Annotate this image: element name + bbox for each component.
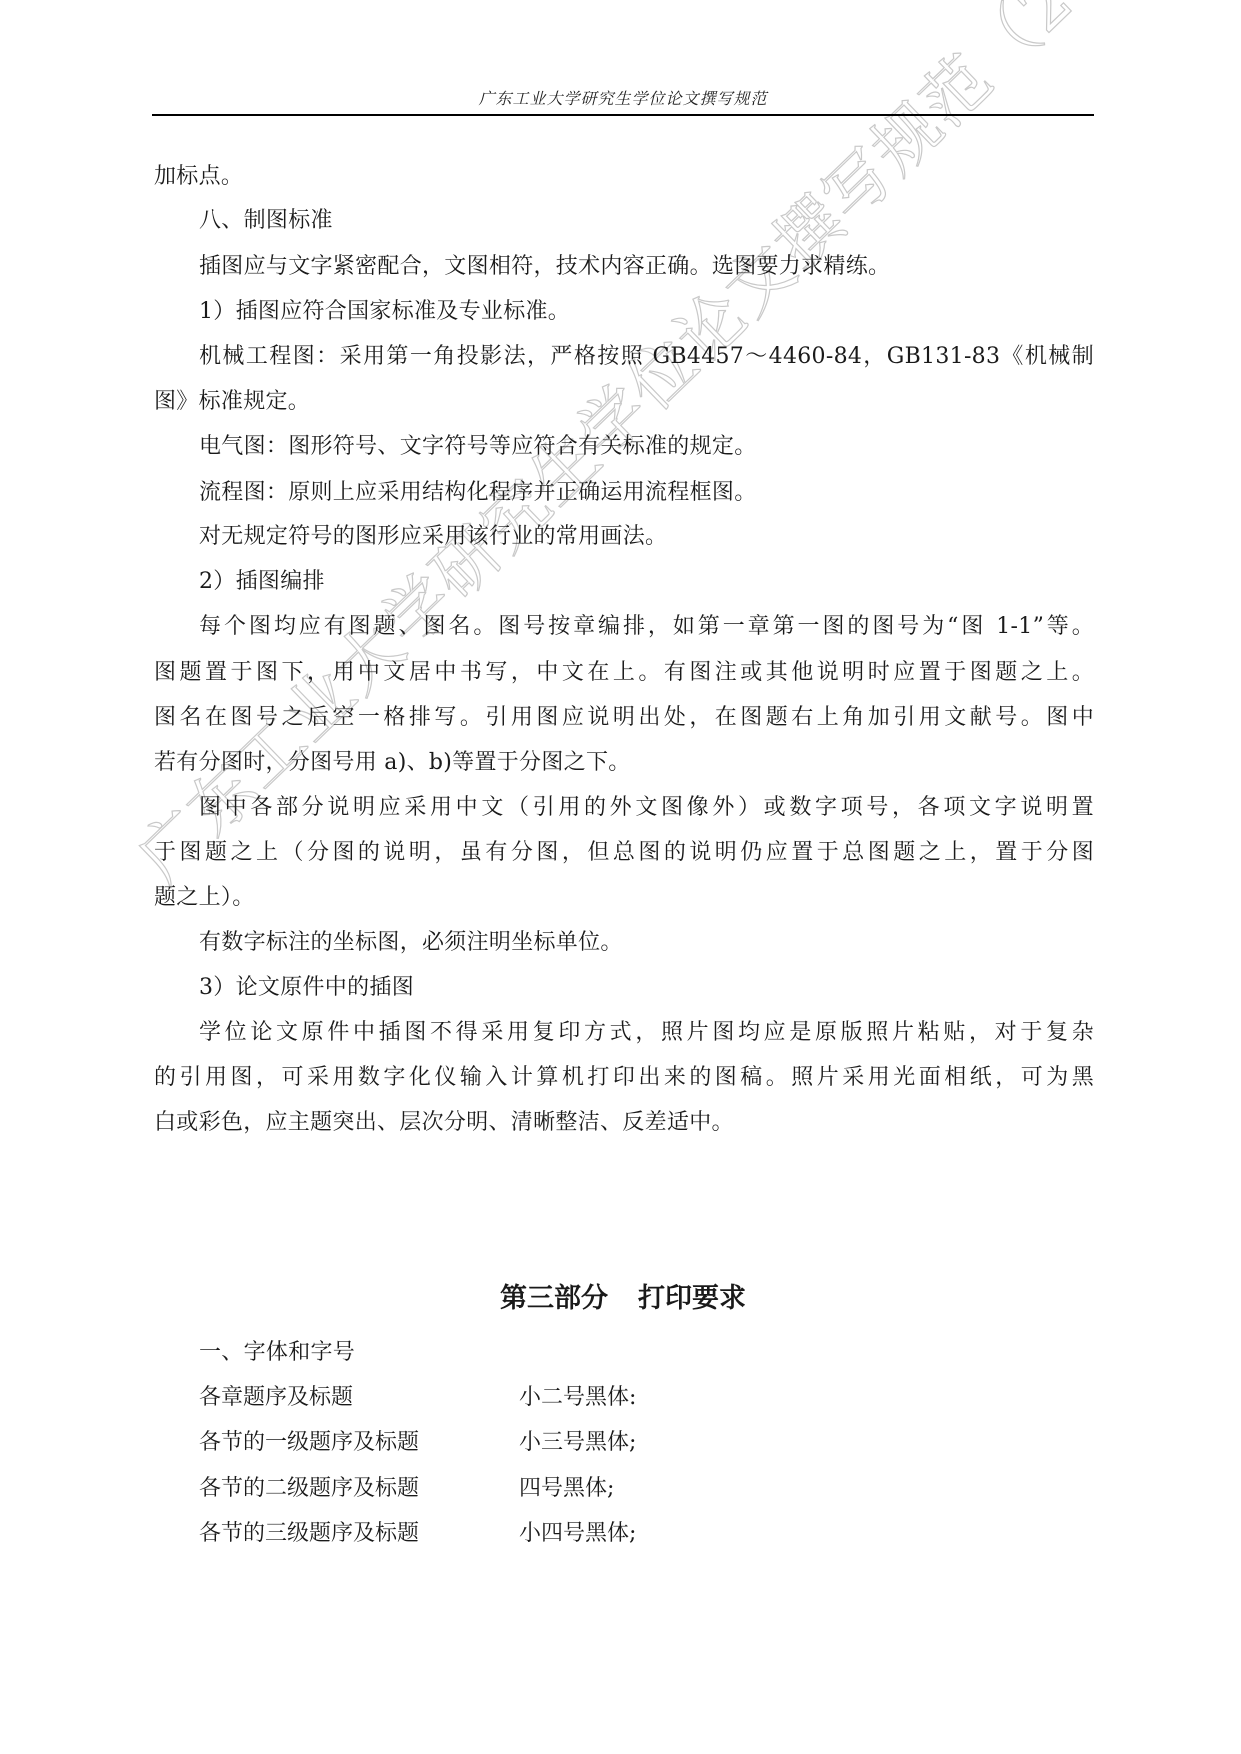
list-heading: 3）论文原件中的插图 bbox=[199, 973, 414, 1003]
list-heading: 2）插图编排 bbox=[199, 567, 325, 597]
font-rule-item: 各章题序及标题 bbox=[199, 1385, 353, 1410]
body-line: 白或彩色，应主题突出、层次分明、清晰整洁、反差适中。 bbox=[154, 1108, 734, 1138]
subsection-heading: 八、制图标准 bbox=[199, 206, 333, 236]
body-line: 机械工程图：采用第一角投影法，严格按照 GB4457～4460-84，GB131… bbox=[199, 342, 1094, 372]
body-line: 插图应与文字紧密配合，文图相符，技术内容正确。选图要力求精练。 bbox=[199, 252, 890, 282]
body-line: 图中各部分说明应采用中文（引用的外文图像外）或数字项号，各项文字说明置 bbox=[199, 793, 1094, 823]
body-line: 对无规定符号的图形应采用该行业的常用画法。 bbox=[199, 522, 667, 552]
font-rule-spec: 小三号黑体; bbox=[519, 1428, 636, 1458]
font-rule-spec: 四号黑体; bbox=[519, 1474, 614, 1504]
font-rule-item: 各节的二级题序及标题 bbox=[199, 1476, 419, 1501]
section-title: 第三部分打印要求 bbox=[152, 1282, 1094, 1316]
body-line: 图题置于图下，用中文居中书写，中文在上。有图注或其他说明时应置于图题之上。 bbox=[154, 658, 1094, 688]
font-rule-spec: 小四号黑体; bbox=[519, 1519, 636, 1549]
body-line: 有数字标注的坐标图，必须注明坐标单位。 bbox=[199, 928, 623, 958]
font-rule-spec: 小二号黑体: bbox=[519, 1383, 636, 1413]
body-line: 每个图均应有图题、图名。图号按章编排，如第一章第一图的图号为“图 1-1”等。 bbox=[199, 612, 1094, 642]
body-line: 于图题之上（分图的说明，虽有分图，但总图的说明仍应置于总图题之上，置于分图 bbox=[154, 838, 1094, 868]
list-heading: 1）插图应符合国家标准及专业标准。 bbox=[199, 297, 570, 327]
body-line: 学位论文原件中插图不得采用复印方式，照片图均应是原版照片粘贴，对于复杂 bbox=[199, 1018, 1094, 1048]
subsection-heading: 一、字体和字号 bbox=[199, 1338, 355, 1368]
font-rule-item: 各节的三级题序及标题 bbox=[199, 1521, 419, 1546]
font-rule-row: 各节的二级题序及标题 四号黑体; bbox=[199, 1474, 419, 1504]
body-line: 电气图：图形符号、文字符号等应符合有关标准的规定。 bbox=[199, 432, 757, 462]
section-title-name: 打印要求 bbox=[638, 1283, 746, 1314]
font-rule-item: 各节的一级题序及标题 bbox=[199, 1430, 419, 1455]
body-line: 图》标准规定。 bbox=[154, 387, 310, 417]
body-line: 的引用图，可采用数字化仪输入计算机打印出来的图稿。照片采用光面相纸，可为黑 bbox=[154, 1063, 1094, 1093]
body-line: 加标点。 bbox=[154, 162, 243, 192]
body-line: 题之上）。 bbox=[154, 883, 255, 913]
body-line: 若有分图时，分图号用 a)、b)等置于分图之下。 bbox=[154, 748, 631, 778]
font-rule-row: 各节的一级题序及标题 小三号黑体; bbox=[199, 1428, 419, 1458]
body-line: 流程图：原则上应采用结构化程序并正确运用流程框图。 bbox=[199, 478, 757, 508]
running-header: 广东工业大学研究生学位论文撰写规范 bbox=[152, 86, 1094, 109]
body-line: 图名在图号之后空一格排写。引用图应说明出处，在图题右上角加引用文献号。图中 bbox=[154, 703, 1094, 733]
font-rule-row: 各章题序及标题 小二号黑体: bbox=[199, 1383, 353, 1413]
section-title-part: 第三部分 bbox=[500, 1283, 608, 1314]
header-divider bbox=[152, 114, 1094, 116]
font-rule-row: 各节的三级题序及标题 小四号黑体; bbox=[199, 1519, 419, 1549]
